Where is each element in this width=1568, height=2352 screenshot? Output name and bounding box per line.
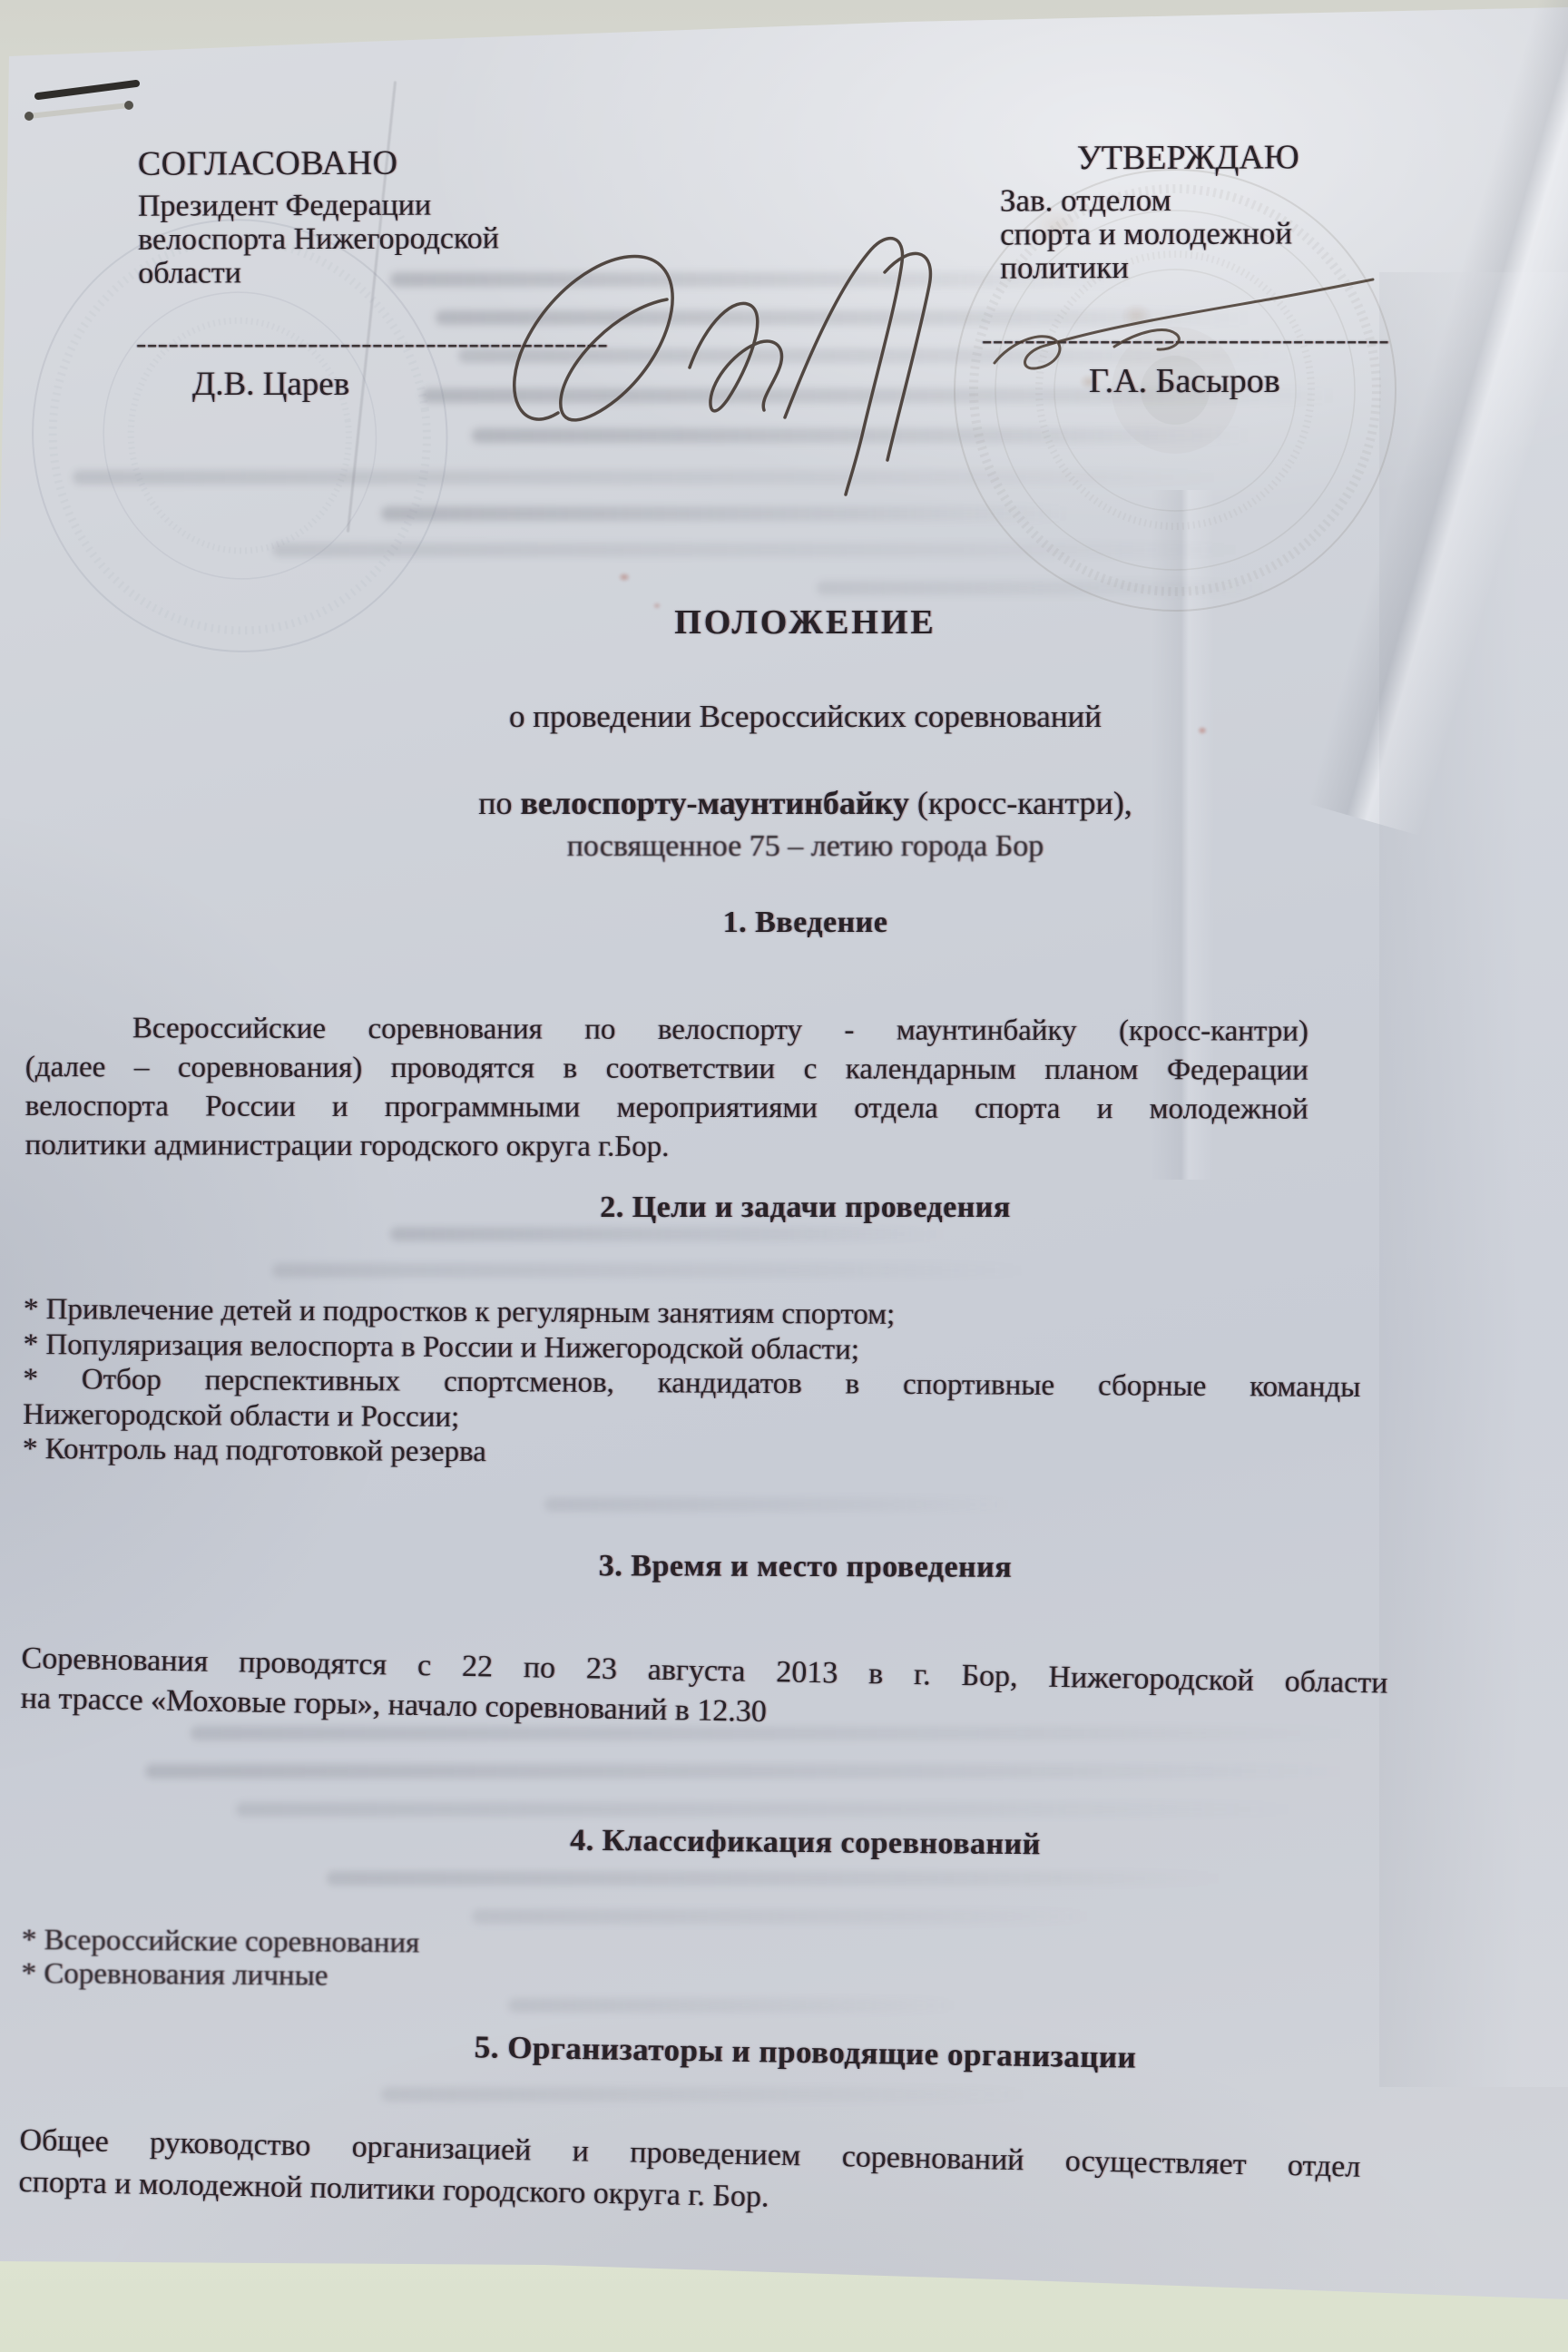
bleedthrough-smudge bbox=[272, 543, 1252, 557]
bleedthrough-smudge bbox=[145, 1764, 1361, 1779]
bullet-item: * Всероссийские соревнования bbox=[22, 1924, 420, 1960]
approval-left-line: области bbox=[138, 255, 499, 289]
title-line: о проведении Всероссийских соревнований bbox=[27, 699, 1568, 735]
title-line: по велоспорту-маунтинбайку (кросс-кантри… bbox=[27, 784, 1568, 822]
section-1-paragraph: Всероссийские соревнования по велоспорту… bbox=[25, 1009, 1308, 1169]
section-4-bullets: * Всероссийские соревнования * Соревнова… bbox=[21, 1924, 419, 1994]
section-3-heading: 3. Время и место проведения bbox=[27, 1547, 1568, 1587]
title-line: посвященное 75 – летию города Бор bbox=[27, 829, 1568, 864]
section-1-heading: 1. Введение bbox=[27, 906, 1568, 940]
title-line2-suffix: (кросс-кантри), bbox=[909, 785, 1132, 821]
bleedthrough-smudge bbox=[381, 506, 1071, 521]
paragraph-line: Всероссийские соревнования по велоспорту… bbox=[25, 1009, 1308, 1052]
paragraph-line: политики администрации городского округа… bbox=[25, 1126, 1308, 1169]
bleedthrough-smudge bbox=[73, 470, 1234, 485]
signatory-name-left: Д.В. Царев bbox=[192, 365, 349, 404]
bleedthrough-smudge bbox=[390, 1227, 953, 1241]
approval-left-line: Президент Федерации bbox=[138, 188, 499, 222]
approval-right-line: политики bbox=[1000, 250, 1299, 284]
signature-line-right: -------------------------------------- bbox=[982, 323, 1389, 358]
section-2-bullets: * Привлечение детей и подростков к регул… bbox=[23, 1292, 1361, 1475]
approval-left-line: велоспорта Нижегородской bbox=[138, 221, 499, 256]
bleedthrough-smudge bbox=[544, 1497, 1016, 1512]
approval-left-block: СОГЛАСОВАНО Президент Федерации велоспор… bbox=[138, 142, 499, 289]
signatory-name-right: Г.А. Басыров bbox=[1089, 361, 1280, 401]
bleedthrough-smudge bbox=[817, 581, 1270, 595]
title-line2-prefix: по bbox=[478, 785, 520, 821]
approval-left-title: СОГЛАСОВАНО bbox=[138, 142, 499, 183]
bleedthrough-smudge bbox=[472, 428, 1252, 443]
bleedthrough-smudge bbox=[272, 1263, 1034, 1278]
document-title: ПОЛОЖЕНИЕ bbox=[27, 603, 1568, 642]
bleedthrough-smudge bbox=[508, 1998, 962, 2013]
paragraph-line: велоспорта России и программными меропри… bbox=[25, 1087, 1308, 1130]
photographed-document: СОГЛАСОВАНО Президент Федерации велоспор… bbox=[0, 0, 1568, 2352]
bleedthrough-smudge bbox=[381, 2087, 1034, 2102]
paragraph-line: (далее – соревнования) проводятся в соот… bbox=[25, 1048, 1308, 1091]
signature-line-left: ----------------------------------------… bbox=[136, 327, 608, 361]
approval-right-line: Зав. отделом bbox=[1000, 182, 1299, 217]
bleedthrough-smudge bbox=[236, 1802, 1307, 1817]
section-2-heading: 2. Цели и задачи проведения bbox=[27, 1191, 1568, 1225]
approval-right-title: УТВЕРЖДАЮ bbox=[1077, 137, 1299, 178]
bullet-item: * Соревнования личные bbox=[21, 1957, 419, 1994]
bleedthrough-smudge bbox=[327, 1871, 1234, 1886]
approval-right-line: спорта и молодежной bbox=[1000, 216, 1299, 250]
title-line2-bold: велоспорту-маунтинбайку bbox=[520, 785, 908, 821]
approval-right-block: УТВЕРЖДАЮ Зав. отделом спорта и молодежн… bbox=[1000, 137, 1300, 284]
bleedthrough-smudge bbox=[472, 1909, 1098, 1924]
